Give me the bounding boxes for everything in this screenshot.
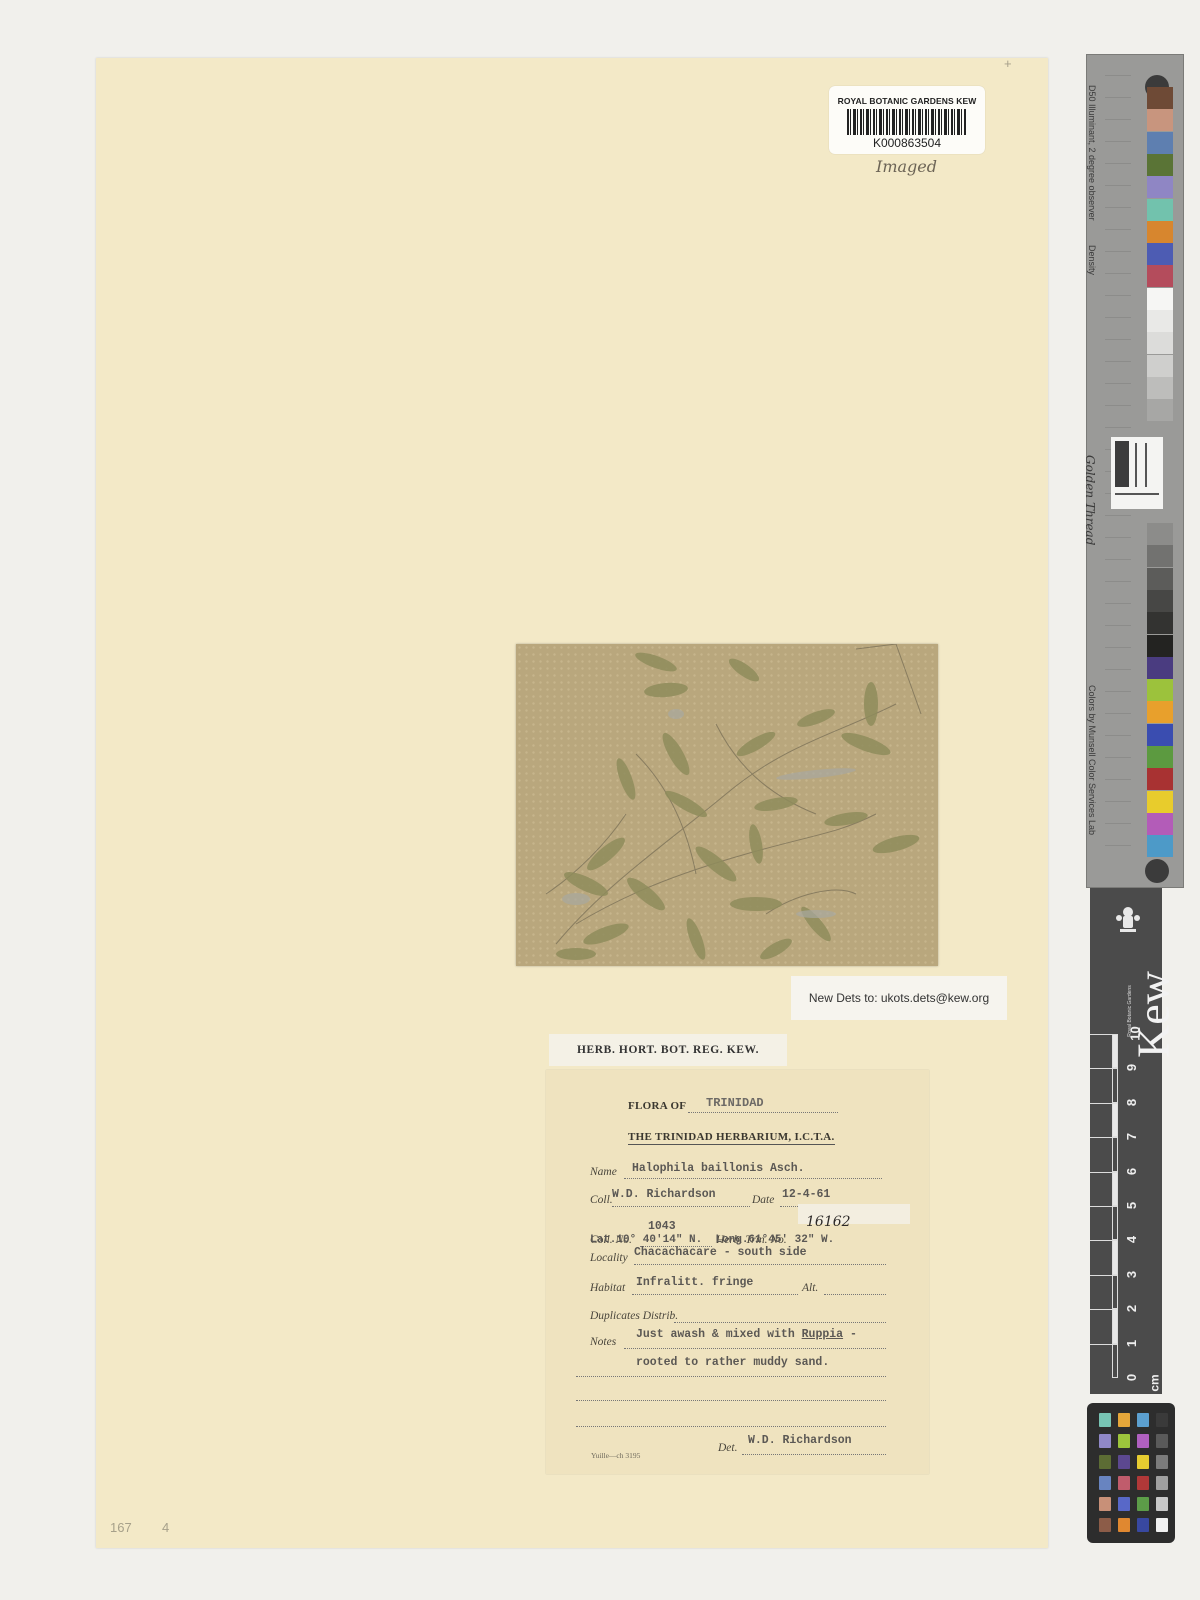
kew-scale-bar: Kew Royal Botanic Gardens 012345678910 c… — [1090, 888, 1162, 1394]
barcode-label: ROYAL BOTANIC GARDENS KEW K000863504 — [829, 86, 985, 154]
color-swatch — [1147, 657, 1173, 679]
color-swatch — [1147, 399, 1173, 421]
barcode-icon — [847, 109, 967, 135]
date-value: 12-4-61 — [782, 1188, 830, 1201]
cm-strip — [1112, 1172, 1118, 1206]
checker-patch — [1137, 1434, 1149, 1448]
color-swatch — [1147, 109, 1173, 131]
name-label: Name — [590, 1166, 617, 1178]
checker-patch — [1099, 1455, 1111, 1469]
checker-patch — [1137, 1497, 1149, 1511]
locality-label: Locality — [590, 1252, 628, 1264]
checker-patch — [1137, 1413, 1149, 1427]
checker-patch — [1099, 1434, 1111, 1448]
cm-strip — [1112, 1068, 1118, 1102]
taxon-name: Halophila baillonis Asch. — [632, 1162, 805, 1175]
det-line — [742, 1454, 886, 1455]
barcode-institution: ROYAL BOTANIC GARDENS KEW — [829, 96, 985, 106]
notes-line-3 — [576, 1400, 886, 1401]
pencil-mark-sheet-number: 167 — [110, 1520, 132, 1535]
color-swatch — [1147, 791, 1173, 813]
notes-genus-ruppia: Ruppia — [802, 1328, 843, 1341]
checker-patch — [1118, 1476, 1130, 1490]
checker-patch — [1156, 1455, 1168, 1469]
habitat-line — [632, 1294, 798, 1295]
notes-label: Notes — [590, 1336, 616, 1348]
locality-value: Chacachacare - south side — [634, 1246, 807, 1259]
barcode-number: K000863504 — [829, 136, 985, 150]
cm-segment — [1090, 1240, 1112, 1274]
cm-tick-label: 7 — [1124, 1133, 1139, 1140]
flora-of-line — [688, 1112, 838, 1113]
color-swatch — [1147, 87, 1173, 109]
color-swatch — [1147, 265, 1173, 287]
cm-strip — [1112, 1344, 1118, 1378]
color-calibration-ruler: D50 Illuminant, 2 degree observer Densit… — [1086, 54, 1184, 888]
checker-patch — [1137, 1476, 1149, 1490]
habitat-label: Habitat — [590, 1282, 625, 1294]
cm-tick-label: 1 — [1124, 1339, 1139, 1346]
cm-tick-label: 10 — [1128, 1026, 1143, 1040]
notes-text-1-pre: Just awash & mixed with — [636, 1328, 802, 1341]
checker-patch — [1099, 1518, 1111, 1532]
cm-tick-label: 6 — [1124, 1167, 1139, 1174]
checker-patch — [1118, 1434, 1130, 1448]
det-label: Det. — [718, 1442, 737, 1454]
color-swatch — [1147, 701, 1173, 723]
notes-text-1-post: - — [843, 1328, 857, 1341]
printer-mark: Yuille—ch 3195 — [591, 1451, 640, 1460]
checker-patch — [1118, 1455, 1130, 1469]
cm-tick-label: 3 — [1124, 1271, 1139, 1278]
name-line — [624, 1178, 882, 1179]
notes-line-2 — [576, 1376, 886, 1377]
checker-patch — [1118, 1518, 1130, 1532]
color-swatch — [1147, 746, 1173, 768]
coll-no-value: 1043 — [648, 1220, 676, 1233]
kew-crest-icon — [1114, 902, 1142, 936]
color-swatch — [1147, 332, 1173, 354]
duplicates-label: Duplicates Distrib. — [590, 1310, 678, 1322]
color-swatch — [1147, 221, 1173, 243]
checker-patch — [1156, 1497, 1168, 1511]
cm-tick-label: 5 — [1124, 1202, 1139, 1209]
cm-segment — [1090, 1275, 1112, 1309]
lat-long-coordinates: Lat.10° 40'14" N. Long.61°45' 32" W. — [590, 1234, 834, 1246]
color-swatch — [1147, 835, 1173, 857]
checker-patch — [1156, 1434, 1168, 1448]
herbarium-name: THE TRINIDAD HERBARIUM, I.C.T.A. — [628, 1131, 835, 1145]
kew-logo: Kew — [1127, 960, 1180, 1070]
cm-strip — [1112, 1240, 1118, 1274]
flora-of-value: TRINIDAD — [706, 1096, 764, 1110]
cm-strip — [1112, 1206, 1118, 1240]
collector-label: Coll. — [590, 1194, 613, 1206]
color-swatch — [1147, 768, 1173, 790]
cm-strip — [1112, 1275, 1118, 1309]
collection-field-label: FLORA OF TRINIDAD THE TRINIDAD HERBARIUM… — [546, 1070, 929, 1474]
color-swatch — [1147, 199, 1173, 221]
duplicates-line — [674, 1322, 886, 1323]
cm-segment — [1090, 1034, 1112, 1068]
determiner-value: W.D. Richardson — [748, 1434, 852, 1447]
imaged-annotation: Imaged — [876, 157, 937, 176]
date-label: Date — [752, 1194, 774, 1206]
golden-thread-target-icon — [1111, 437, 1163, 509]
checker-patch — [1118, 1497, 1130, 1511]
altitude-label: Alt. — [802, 1282, 818, 1294]
cm-tick-label: 4 — [1124, 1236, 1139, 1243]
checker-patch — [1156, 1518, 1168, 1532]
collector-line — [612, 1206, 750, 1207]
notes-line-1 — [624, 1348, 886, 1349]
cm-tick-label: 8 — [1124, 1099, 1139, 1106]
cm-strip — [1112, 1034, 1118, 1068]
illuminant-text: D50 Illuminant, 2 degree observer — [1087, 85, 1097, 221]
cm-strip — [1112, 1309, 1118, 1343]
cm-tick-label: 2 — [1124, 1305, 1139, 1312]
color-swatch — [1147, 288, 1173, 310]
centimeter-scale: 012345678910 — [1090, 1034, 1120, 1378]
herbarium-header-label: HERB. HORT. BOT. REG. KEW. — [549, 1034, 787, 1066]
color-swatch — [1147, 590, 1173, 612]
checker-patch — [1099, 1497, 1111, 1511]
cm-strip — [1112, 1137, 1118, 1171]
locality-line — [634, 1264, 886, 1265]
cm-strip — [1112, 1103, 1118, 1137]
color-swatch — [1147, 377, 1173, 399]
notes-text-2: rooted to rather muddy sand. — [636, 1356, 829, 1369]
cm-segment — [1090, 1103, 1112, 1137]
color-swatch — [1147, 355, 1173, 377]
new-determinations-label: New Dets to: ukots.dets@kew.org — [791, 976, 1007, 1020]
cm-segment — [1090, 1172, 1112, 1206]
golden-thread-text: Golden Thread — [1083, 455, 1097, 545]
color-swatch — [1147, 679, 1173, 701]
cm-unit-label: cm — [1148, 1374, 1162, 1391]
checker-patch — [1137, 1518, 1149, 1532]
cm-tick-label: 9 — [1124, 1064, 1139, 1071]
color-swatch — [1147, 545, 1173, 567]
color-swatch — [1147, 310, 1173, 332]
collector-value: W.D. Richardson — [612, 1188, 716, 1201]
cm-segment — [1090, 1137, 1112, 1171]
notes-text-1: Just awash & mixed with Ruppia - — [636, 1328, 857, 1341]
herb-trin-no-value: 16162 — [806, 1214, 851, 1230]
density-text: Density — [1087, 245, 1097, 275]
color-swatch — [1147, 568, 1173, 590]
cm-segment — [1090, 1309, 1112, 1343]
cm-tick-label: 0 — [1124, 1374, 1139, 1381]
color-swatch — [1147, 724, 1173, 746]
checker-patch — [1156, 1413, 1168, 1427]
checker-patch — [1156, 1476, 1168, 1490]
notes-line-4 — [576, 1426, 886, 1427]
color-swatch — [1147, 612, 1173, 634]
checker-patch — [1099, 1413, 1111, 1427]
munsell-text: Colors by Munsell Color Services Lab — [1087, 685, 1097, 835]
seagrass-specimen-icon — [516, 644, 938, 966]
cm-segment — [1090, 1344, 1112, 1378]
color-swatch — [1147, 243, 1173, 265]
checker-patch — [1137, 1455, 1149, 1469]
cm-segment — [1090, 1206, 1112, 1240]
pencil-mark-count: 4 — [162, 1520, 169, 1535]
color-swatch — [1147, 523, 1173, 545]
color-swatch — [1147, 813, 1173, 835]
color-swatch — [1147, 635, 1173, 657]
pencil-mark-top-right: + — [1004, 56, 1012, 71]
color-swatch — [1147, 176, 1173, 198]
habitat-value: Infralitt. fringe — [636, 1276, 753, 1289]
registration-dot-bottom-icon — [1145, 859, 1169, 883]
flora-of-label: FLORA OF — [628, 1100, 686, 1112]
specimen-mount — [516, 644, 938, 966]
altitude-line — [824, 1294, 886, 1295]
color-swatch — [1147, 132, 1173, 154]
checker-patch — [1099, 1476, 1111, 1490]
color-checker-card — [1087, 1403, 1175, 1543]
cm-segment — [1090, 1068, 1112, 1102]
color-swatch — [1147, 154, 1173, 176]
checker-patch — [1118, 1413, 1130, 1427]
